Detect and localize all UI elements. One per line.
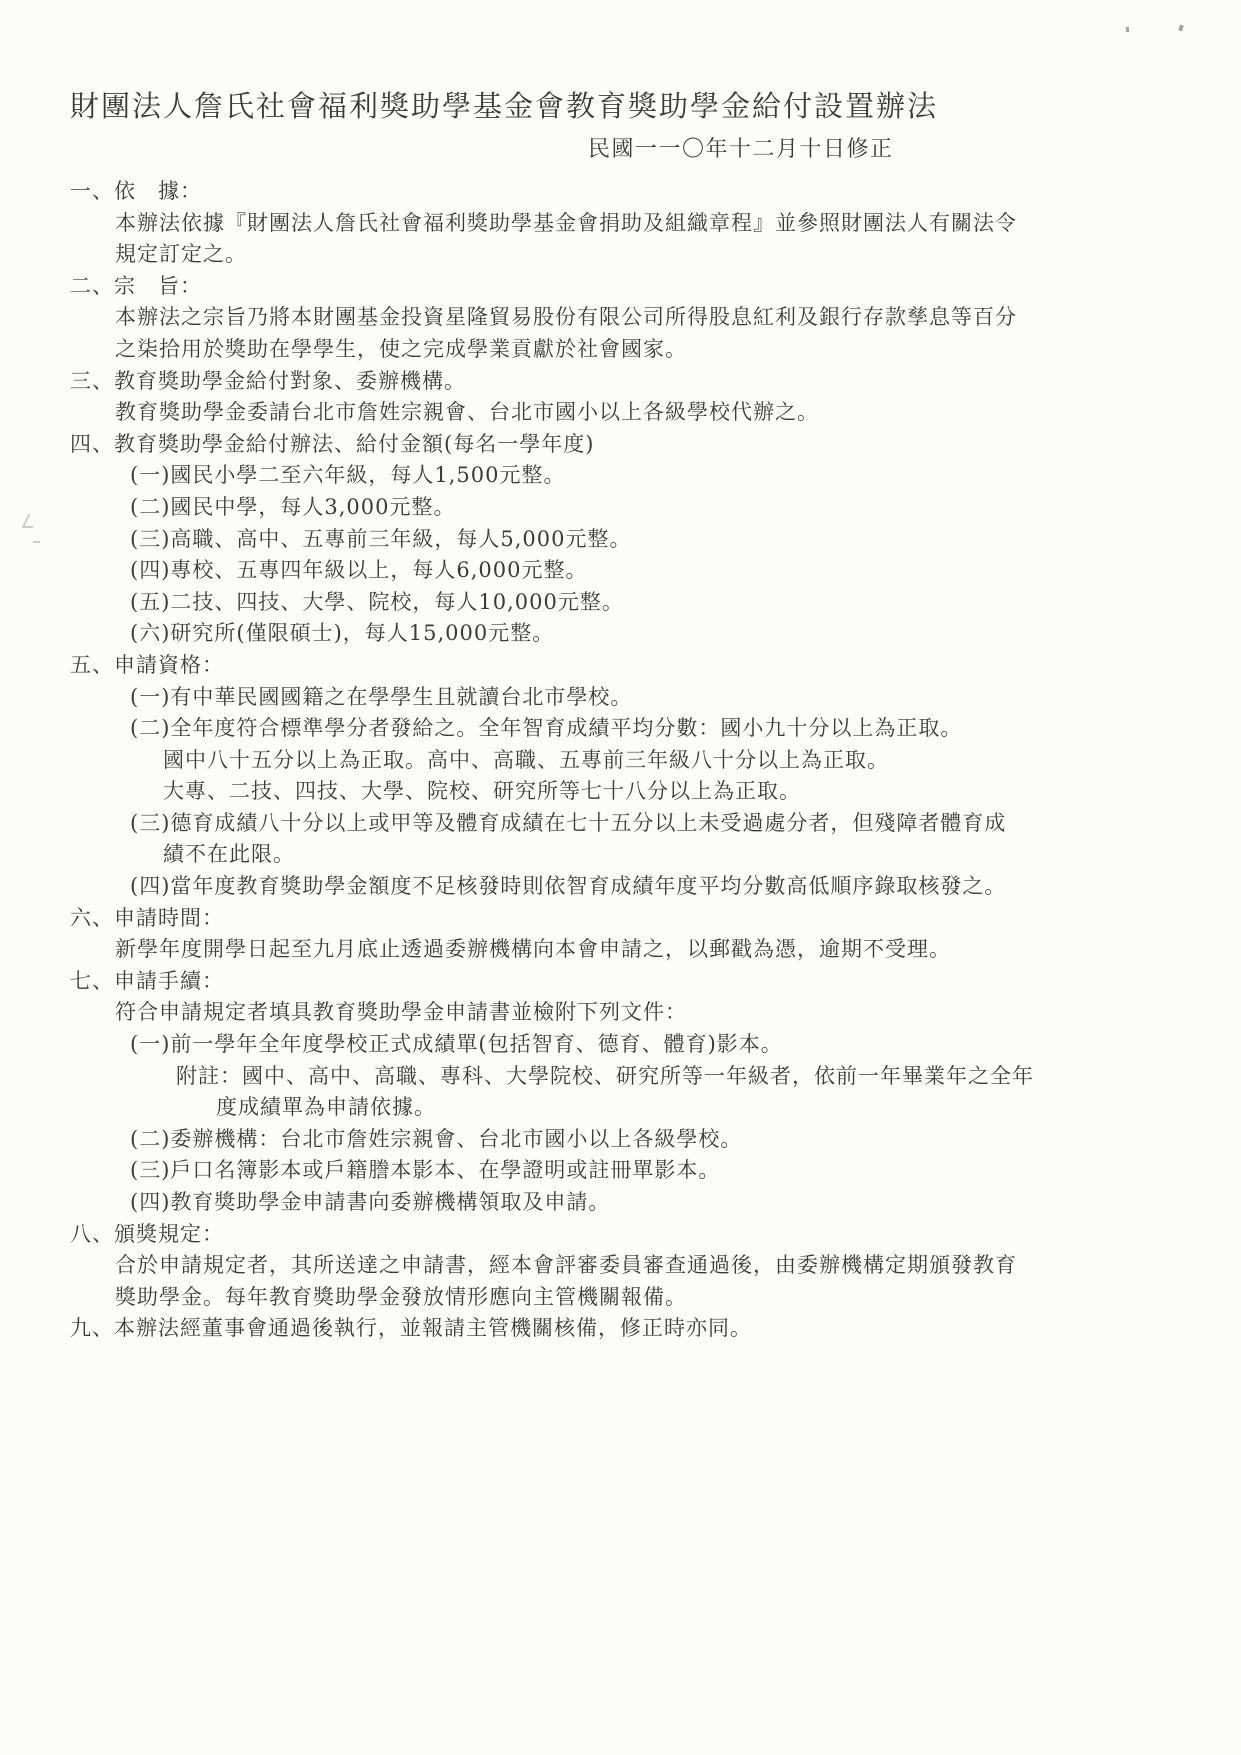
section-heading: 八、頒獎規定： <box>70 1219 1170 1251</box>
section-9-enactment: 九、本辦法經董事會通過後執行，並報請主管機關核備，修正時亦同。 <box>70 1313 1170 1345</box>
doc-line: 附註：國中、高中、高職、專科、大學院校、研究所等一年級者，依前一年畢業年之全年 <box>176 1061 1170 1093</box>
doc-line: 度成績單為申請依據。 <box>216 1092 1170 1124</box>
doc-line: (二)委辦機構：台北市詹姓宗親會、台北市國小以上各級學校。 <box>130 1124 1170 1156</box>
section-heading: 二、宗 旨： <box>70 271 1170 303</box>
doc-line: (二)國民中學，每人3,000元整。 <box>130 492 1170 524</box>
doc-line: 教育獎助學金委請台北市詹姓宗親會、台北市國小以上各級學校代辦之。 <box>115 397 1170 429</box>
doc-line: (四)教育獎助學金申請書向委辦機構領取及申請。 <box>130 1187 1170 1219</box>
section-4-payment-amounts: 四、教育獎助學金給付辦法、給付金額(每名一學年度) (一)國民小學二至六年級，每… <box>70 429 1170 650</box>
doc-line: (五)二技、四技、大學、院校，每人10,000元整。 <box>130 587 1170 619</box>
doc-line: 大專、二技、四技、大學、院校、研究所等七十八分以上為正取。 <box>163 776 1170 808</box>
section-heading: 三、教育獎助學金給付對象、委辦機構。 <box>70 366 1170 398</box>
doc-line: (四)專校、五專四年級以上，每人6,000元整。 <box>130 555 1170 587</box>
doc-line: (一)有中華民國國籍之在學學生且就讀台北市學校。 <box>130 682 1170 714</box>
section-5-eligibility: 五、申請資格： (一)有中華民國國籍之在學學生且就讀台北市學校。 (二)全年度符… <box>70 650 1170 903</box>
doc-line: 獎助學金。每年教育獎助學金發放情形應向主管機關報備。 <box>115 1282 1170 1314</box>
doc-line: 國中八十五分以上為正取。高中、高職、五專前三年級八十分以上為正取。 <box>163 745 1170 777</box>
document-body: 一、依 據： 本辦法依據『財團法人詹氏社會福利獎助學基金會捐助及組織章程』並參照… <box>70 176 1170 1345</box>
doc-line: (二)全年度符合標準學分者發給之。全年智育成績平均分數：國小九十分以上為正取。 <box>130 713 1170 745</box>
section-heading: 四、教育獎助學金給付辦法、給付金額(每名一學年度) <box>70 429 1170 461</box>
document-title: 財團法人詹氏社會福利獎助學基金會教育獎助學金給付設置辦法 <box>70 84 1170 125</box>
section-heading: 七、申請手續： <box>70 966 1170 998</box>
doc-line: 之柒拾用於獎助在學學生，使之完成學業貢獻於社會國家。 <box>115 334 1170 366</box>
section-heading: 六、申請時間： <box>70 903 1170 935</box>
section-2-purpose: 二、宗 旨： 本辦法之宗旨乃將本財團基金投資星隆貿易股份有限公司所得股息紅利及銀… <box>70 271 1170 366</box>
section-8-award-rules: 八、頒獎規定： 合於申請規定者，其所送達之申請書，經本會評審委員審查通過後，由委… <box>70 1219 1170 1314</box>
scanned-document-page: 財團法人詹氏社會福利獎助學基金會教育獎助學金給付設置辦法 民國一一〇年十二月十日… <box>0 0 1241 1755</box>
revision-note: 民國一一〇年十二月十日修正 <box>588 132 1170 163</box>
section-1-basis: 一、依 據： 本辦法依據『財團法人詹氏社會福利獎助學基金會捐助及組織章程』並參照… <box>70 176 1170 271</box>
doc-line: (一)國民小學二至六年級，每人1,500元整。 <box>130 460 1170 492</box>
scan-speck <box>1178 25 1184 32</box>
section-3-recipients: 三、教育獎助學金給付對象、委辦機構。 教育獎助學金委請台北市詹姓宗親會、台北市國… <box>70 366 1170 429</box>
section-heading: 一、依 據： <box>70 176 1170 208</box>
doc-line: 新學年度開學日起至九月底止透過委辦機構向本會申請之，以郵戳為憑，逾期不受理。 <box>115 934 1170 966</box>
scan-smudge <box>33 541 40 543</box>
doc-line: 規定訂定之。 <box>115 239 1170 271</box>
doc-line: 符合申請規定者填具教育獎助學金申請書並檢附下列文件： <box>115 997 1170 1029</box>
section-6-application-period: 六、申請時間： 新學年度開學日起至九月底止透過委辦機構向本會申請之，以郵戳為憑，… <box>70 903 1170 966</box>
doc-line: (三)德育成績八十分以上或甲等及體育成績在七十五分以上未受過處分者，但殘障者體育… <box>130 808 1170 840</box>
section-heading: 五、申請資格： <box>70 650 1170 682</box>
doc-line: (三)戶口名簿影本或戶籍謄本影本、在學證明或註冊單影本。 <box>130 1155 1170 1187</box>
section-heading: 九、本辦法經董事會通過後執行，並報請主管機關核備，修正時亦同。 <box>70 1313 1170 1345</box>
section-7-procedures: 七、申請手續： 符合申請規定者填具教育獎助學金申請書並檢附下列文件： (一)前一… <box>70 966 1170 1219</box>
doc-line: (四)當年度教育獎助學金額度不足核發時則依智育成績年度平均分數高低順序錄取核發之… <box>130 871 1170 903</box>
doc-line: 本辦法之宗旨乃將本財團基金投資星隆貿易股份有限公司所得股息紅利及銀行存款孳息等百… <box>115 302 1170 334</box>
doc-line: 合於申請規定者，其所送達之申請書，經本會評審委員審查通過後，由委辦機構定期頒發教… <box>115 1250 1170 1282</box>
doc-line: 本辦法依據『財團法人詹氏社會福利獎助學基金會捐助及組織章程』並參照財團法人有關法… <box>115 208 1170 240</box>
scan-smudge <box>22 514 40 528</box>
doc-line: (一)前一學年全年度學校正式成績單(包括智育、德育、體育)影本。 <box>130 1029 1170 1061</box>
doc-line: 績不在此限。 <box>163 839 1170 871</box>
scan-speck <box>1126 27 1129 32</box>
doc-line: (三)高職、高中、五專前三年級，每人5,000元整。 <box>130 524 1170 556</box>
doc-line: (六)研究所(僅限碩士)，每人15,000元整。 <box>130 618 1170 650</box>
document-content: 財團法人詹氏社會福利獎助學基金會教育獎助學金給付設置辦法 民國一一〇年十二月十日… <box>70 84 1170 1345</box>
